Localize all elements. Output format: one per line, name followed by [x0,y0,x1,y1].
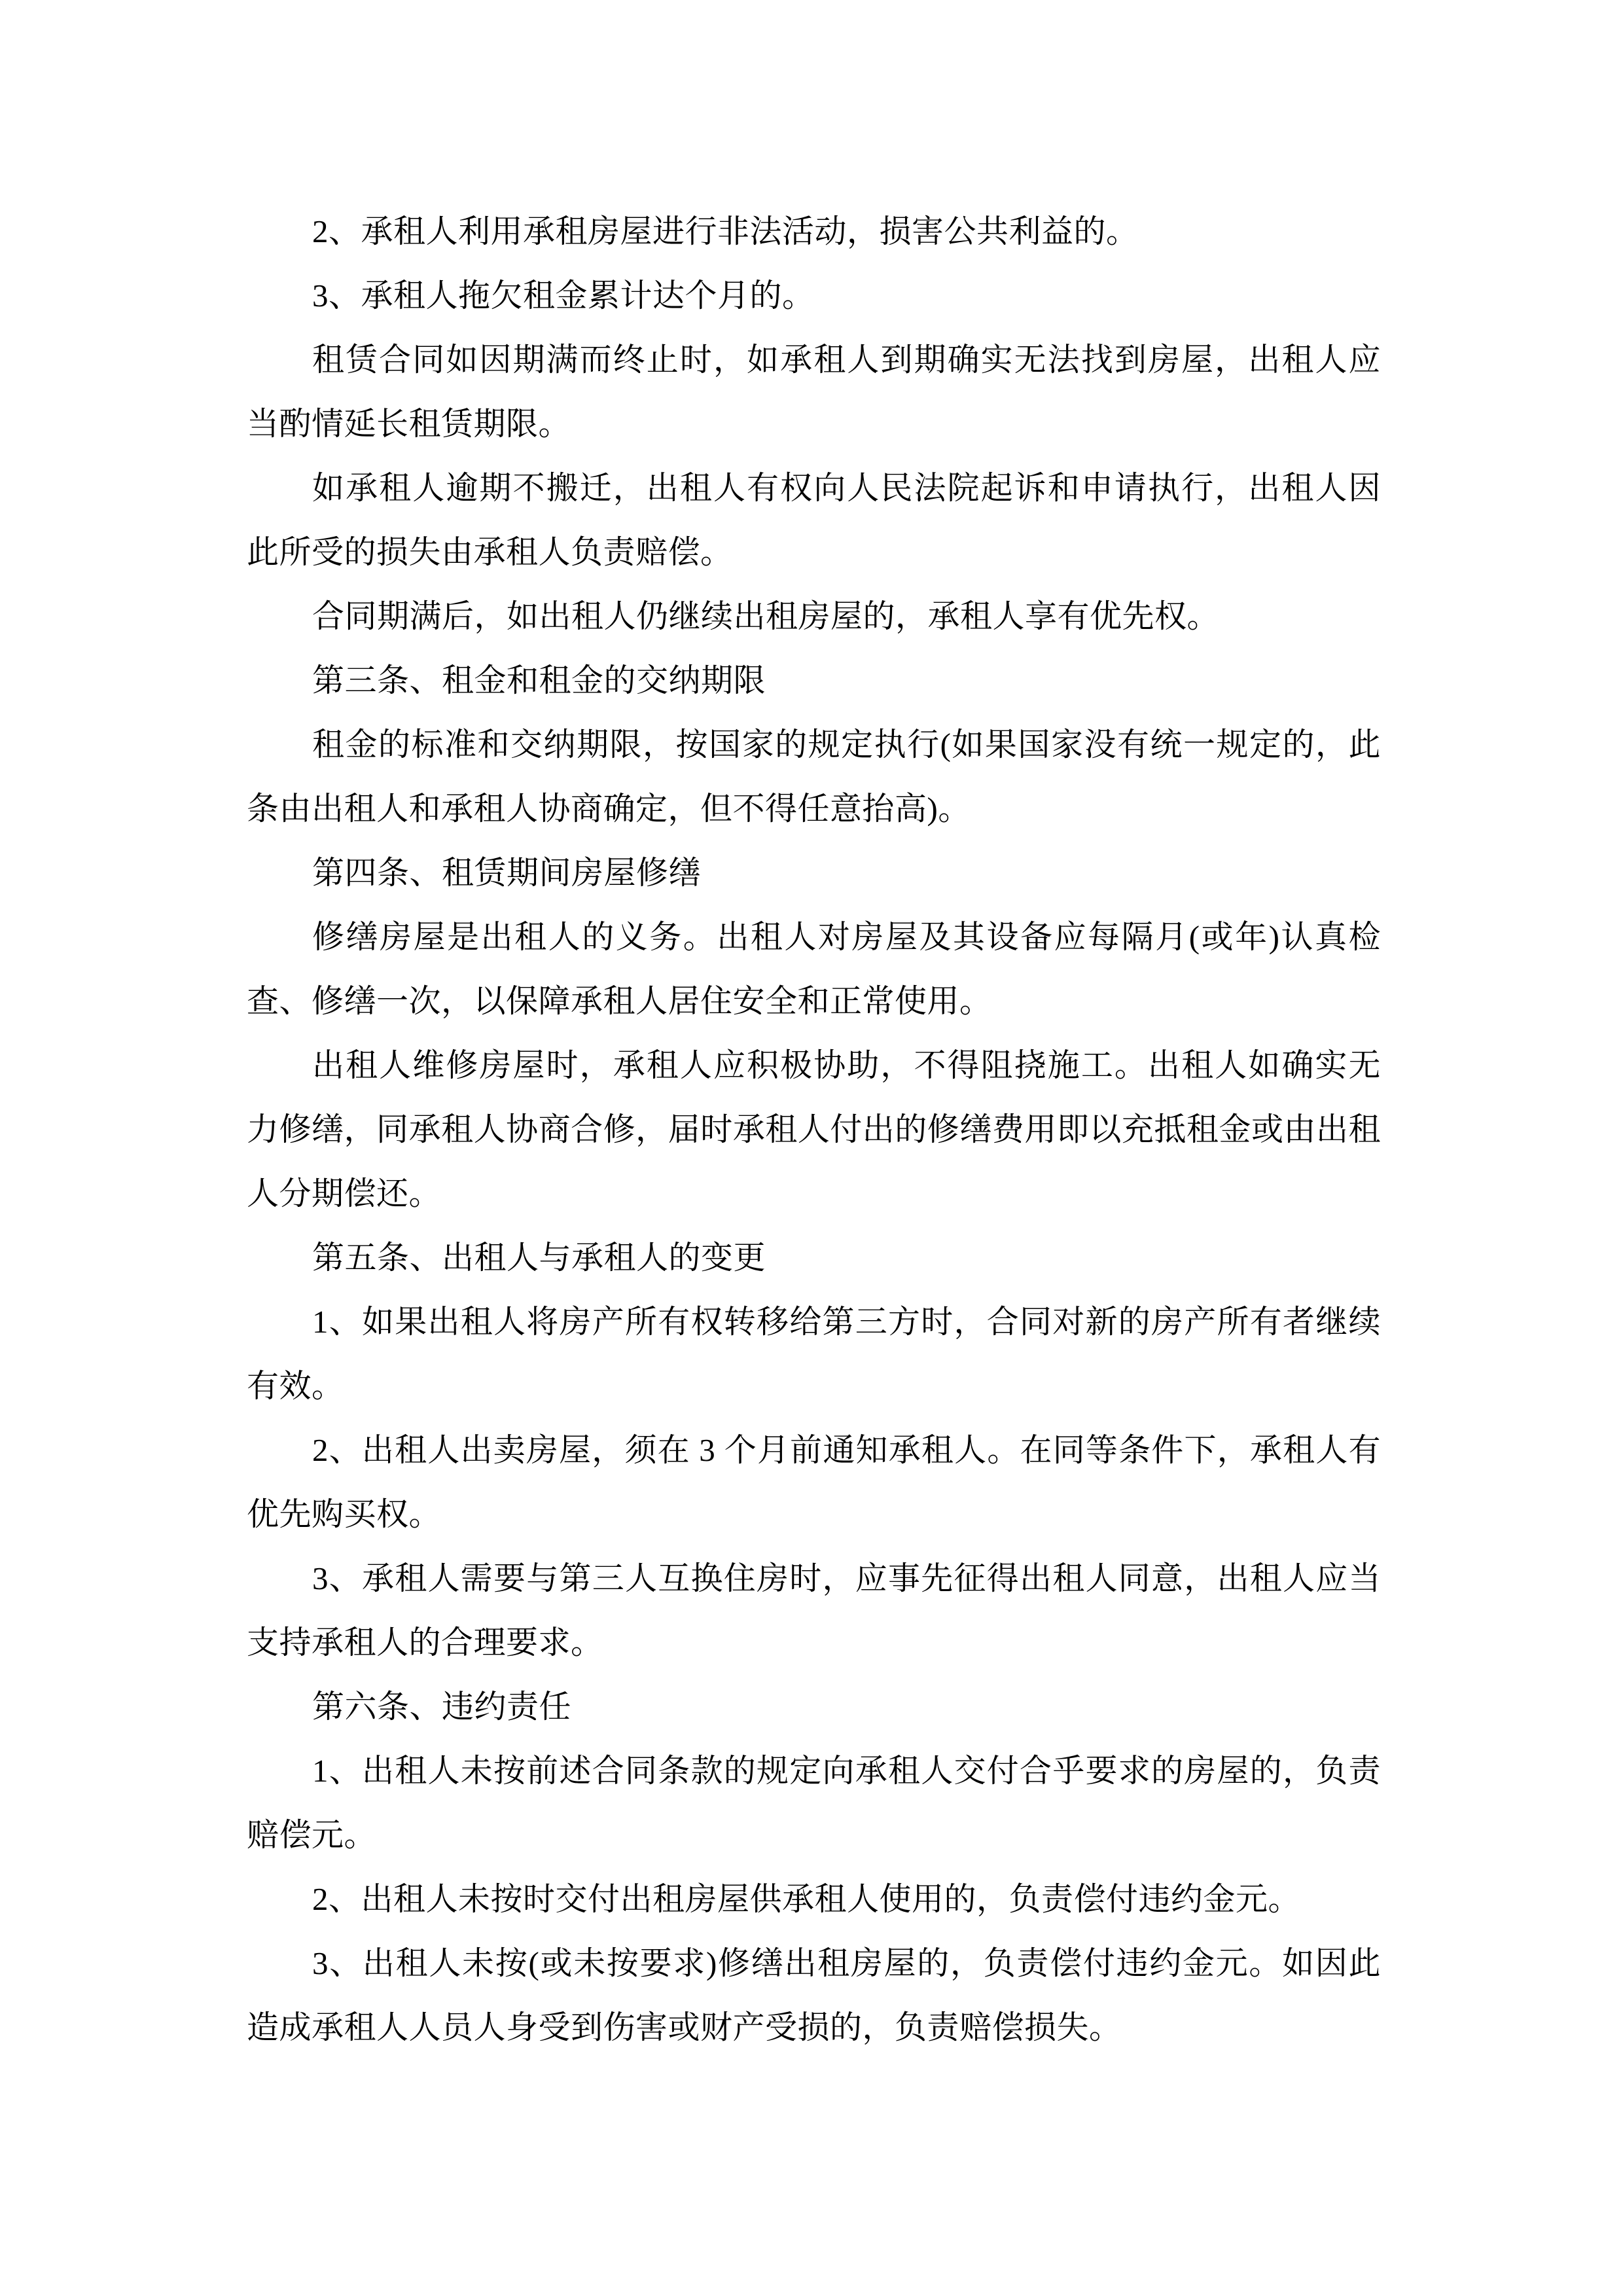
numbered-list-item: 2、承租人利用承租房屋进行非法活动，损害公共利益的。 [247,200,1381,264]
body-paragraph: 修缮房屋是出租人的义务。出租人对房屋及其设备应每隔月(或年)认真检查、修缮一次，… [247,905,1381,1033]
body-paragraph: 合同期满后，如出租人仍继续出租房屋的，承租人享有优先权。 [247,584,1381,649]
numbered-list-item: 3、出租人未按(或未按要求)修缮出租房屋的，负责偿付违约金元。如因此造成承租人人… [247,1931,1381,2060]
body-paragraph: 租赁合同如因期满而终止时，如承租人到期确实无法找到房屋，出租人应当酌情延长租赁期… [247,328,1381,456]
numbered-list-item: 1、出租人未按前述合同条款的规定向承租人交付合乎要求的房屋的，负责赔偿元。 [247,1739,1381,1867]
numbered-list-item: 1、如果出租人将房产所有权转移给第三方时，合同对新的房产所有者继续有效。 [247,1290,1381,1418]
numbered-list-item: 2、出租人出卖房屋，须在 3 个月前通知承租人。在同等条件下，承租人有优先购买权… [247,1418,1381,1547]
body-paragraph: 租金的标准和交纳期限，按国家的规定执行(如果国家没有统一规定的，此条由出租人和承… [247,713,1381,841]
document-body: 2、承租人利用承租房屋进行非法活动，损害公共利益的。3、承租人拖欠租金累计达个月… [247,200,1381,2060]
numbered-list-item: 2、出租人未按时交付出租房屋供承租人使用的，负责偿付违约金元。 [247,1867,1381,1931]
numbered-list-item: 3、承租人拖欠租金累计达个月的。 [247,264,1381,328]
clause-heading: 第五条、出租人与承租人的变更 [247,1226,1381,1290]
document-page: 2、承租人利用承租房屋进行非法活动，损害公共利益的。3、承租人拖欠租金累计达个月… [0,0,1623,2296]
clause-heading: 第四条、租赁期间房屋修缮 [247,841,1381,905]
clause-heading: 第三条、租金和租金的交纳期限 [247,649,1381,713]
clause-heading: 第六条、违约责任 [247,1675,1381,1739]
body-paragraph: 出租人维修房屋时，承租人应积极协助，不得阻挠施工。出租人如确实无力修缮，同承租人… [247,1033,1381,1226]
contract-page: { "page": { "background_color": "#ffffff… [0,0,1623,2296]
body-paragraph: 如承租人逾期不搬迁，出租人有权向人民法院起诉和申请执行，出租人因此所受的损失由承… [247,456,1381,584]
numbered-list-item: 3、承租人需要与第三人互换住房时，应事先征得出租人同意，出租人应当支持承租人的合… [247,1547,1381,1675]
